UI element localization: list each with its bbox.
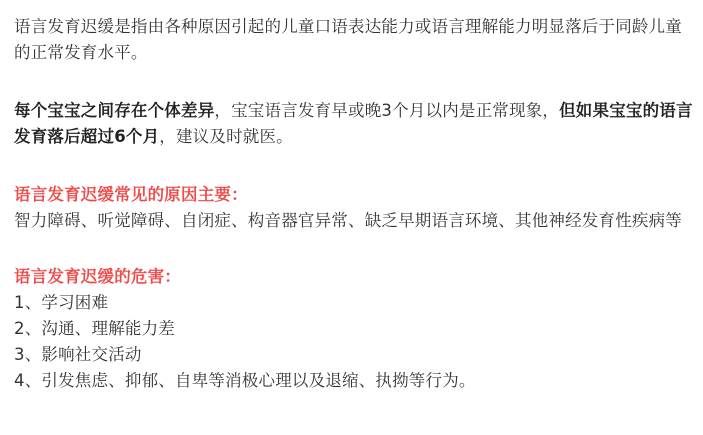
individual-difference-paragraph: 每个宝宝之间存在个体差异，宝宝语言发育早或晚3个月以内是正常现象，但如果宝宝的语…: [14, 98, 694, 150]
causes-heading: 语言发育迟缓常见的原因主要：: [14, 182, 694, 208]
normal-range-text: ，宝宝语言发育早或晚3个月以内是正常现象，: [214, 101, 559, 120]
harm-item: 2、沟通、理解能力差: [14, 316, 694, 342]
harm-item: 4、引发焦虑、抑郁、自卑等消极心理以及退缩、执拗等行为。: [14, 368, 694, 394]
bold-lead-text: 每个宝宝之间存在个体差异: [14, 101, 214, 120]
harm-item: 1、学习困难: [14, 290, 694, 316]
harms-heading: 语言发育迟缓的危害：: [14, 264, 694, 290]
spacer: [14, 66, 694, 98]
advice-text: ，建议及时就医。: [159, 127, 293, 146]
spacer: [14, 234, 694, 264]
article-body: 语言发育迟缓是指由各种原因引起的儿童口语表达能力或语言理解能力明显落后于同龄儿童…: [14, 14, 694, 394]
harm-item: 3、影响社交活动: [14, 342, 694, 368]
spacer: [14, 150, 694, 182]
causes-text: 智力障碍、听觉障碍、自闭症、构音器官异常、缺乏早期语言环境、其他神经发育性疾病等: [14, 208, 694, 234]
intro-paragraph: 语言发育迟缓是指由各种原因引起的儿童口语表达能力或语言理解能力明显落后于同龄儿童…: [14, 14, 694, 66]
